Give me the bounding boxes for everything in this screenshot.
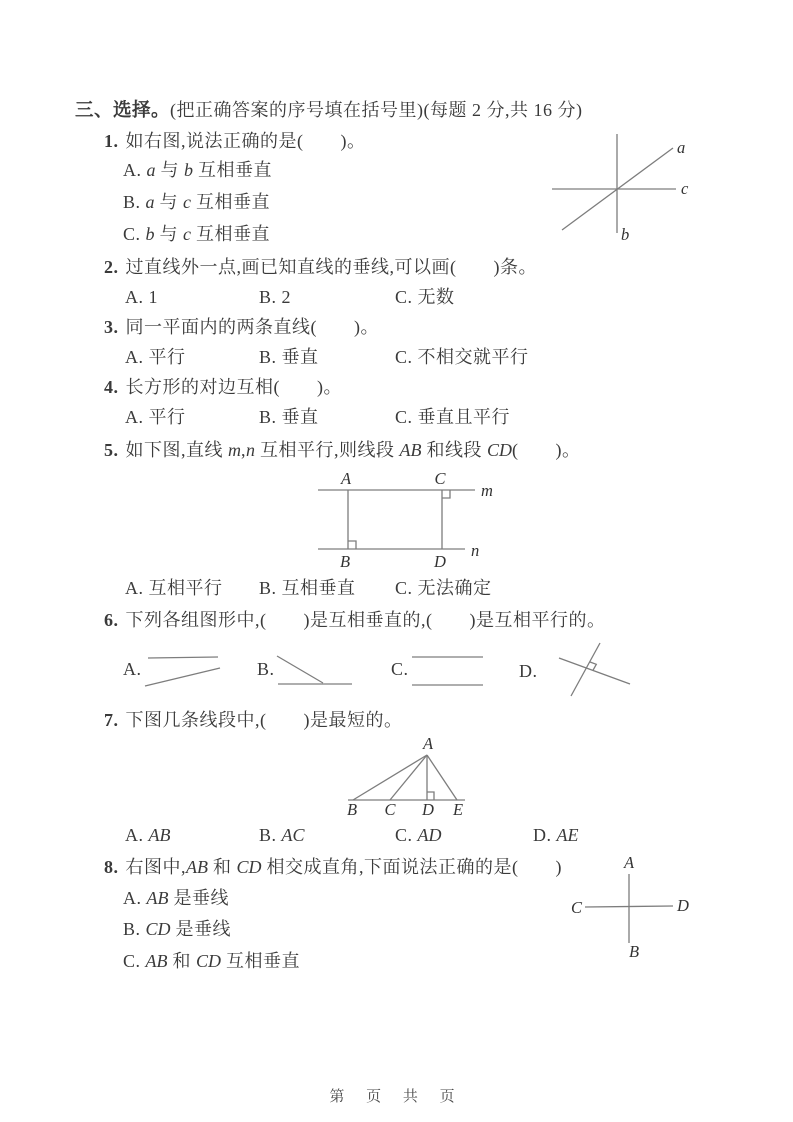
label-point-c: C [434,469,446,488]
label-point-a: A [422,734,434,753]
question-8-option-b: B. CD 是垂线 [123,919,231,940]
question-5-option-b: B. 互相垂直 [259,578,356,599]
question-8-option-c: C. AB 和 CD 互相垂直 [123,951,300,972]
question-1-number: 1. [104,131,119,151]
segment-ab [353,755,427,800]
question-5-number: 5. [104,440,119,460]
question-7-option-d: D. AE [533,825,579,846]
line-top [148,657,218,658]
section-subtitle: (把正确答案的序号填在括号里)(每题 2 分,共 16 分) [170,100,582,120]
figure-q6-option-a-lines [143,650,223,695]
right-angle-mark-c [442,490,450,498]
label-point-b: B [629,942,639,961]
question-2-option-c: C. 无数 [395,287,455,308]
figure-q1-three-lines: a c b [545,130,755,248]
question-8: 8.右图中,AB 和 CD 相交成直角,下面说法正确的是( ) [104,857,562,878]
label-point-b: B [347,800,357,819]
question-7-option-c: C. AD [395,825,442,846]
question-8-text: 右图中,AB 和 CD 相交成直角,下面说法正确的是( ) [126,857,563,877]
label-point-a: A [623,853,635,872]
figure-q6-option-c-parallel-lines [410,650,490,695]
question-6-label-a: A. [123,659,142,680]
right-angle-mark-b [348,541,356,549]
label-point-d: D [676,896,689,915]
question-3-number: 3. [104,317,119,337]
test-paper-page: 三、选择。(把正确答案的序号填在括号里)(每题 2 分,共 16 分) 1.如右… [0,0,793,1122]
question-1-option-b: B. a 与 c 互相垂直 [123,192,270,213]
question-4-option-a: A. 平行 [125,407,186,428]
label-point-d: D [433,552,446,571]
question-3-text: 同一平面内的两条直线( )。 [126,317,380,337]
question-5: 5.如下图,直线 m,n 互相平行,则线段 AB 和线段 CD( )。 [104,440,581,461]
label-line-a: a [677,138,685,157]
question-3: 3.同一平面内的两条直线( )。 [104,317,379,338]
label-point-c: C [571,898,583,917]
section-header: 三、选择。(把正确答案的序号填在括号里)(每题 2 分,共 16 分) [75,99,583,121]
label-line-b: b [621,225,629,244]
segment-ae [427,755,457,800]
question-6: 6.下列各组图形中,( )是互相垂直的,( )是互相平行的。 [104,610,605,631]
page-footer: 第 页 共 页 [0,1085,793,1106]
question-1-option-a: A. a 与 b 互相垂直 [123,160,272,181]
question-6-text: 下列各组图形中,( )是互相垂直的,( )是互相平行的。 [126,610,606,630]
question-4-number: 4. [104,377,119,397]
question-3-option-b: B. 垂直 [259,347,319,368]
question-2-option-b: B. 2 [259,287,291,308]
question-1: 1.如右图,说法正确的是( )。 [104,131,366,152]
question-5-text: 如下图,直线 m,n 互相平行,则线段 AB 和线段 CD( )。 [126,440,581,460]
figure-q6-option-d-perpendicular-lines [538,640,633,700]
label-point-d: D [421,800,434,819]
label-point-c: C [384,800,396,819]
question-6-label-b: B. [257,659,275,680]
question-2-text: 过直线外一点,画已知直线的垂线,可以画( )条。 [126,257,538,277]
section-title: 三、选择。 [75,99,170,120]
line-cd [585,906,673,907]
label-point-a: A [340,469,352,488]
question-7: 7.下图几条线段中,( )是最短的。 [104,710,403,731]
question-4-text: 长方形的对边互相( )。 [126,377,343,397]
right-angle-mark-d [427,792,434,800]
question-4: 4.长方形的对边互相( )。 [104,377,342,398]
question-1-text: 如右图,说法正确的是( )。 [126,131,366,151]
label-line-m: m [481,481,493,500]
figure-q6-option-b-lines [275,650,355,695]
question-3-option-c: C. 不相交就平行 [395,347,529,368]
label-point-b: B [340,552,350,571]
label-point-e: E [452,800,463,819]
question-5-option-a: A. 互相平行 [125,578,223,599]
figure-q7-segments-from-point: A B C D E [340,736,480,820]
question-8-option-a: A. AB 是垂线 [123,888,229,909]
figure-q5-parallel-lines: A C m B D n [295,468,495,576]
question-7-option-b: B. AC [259,825,305,846]
label-line-c: c [681,179,689,198]
question-6-label-c: C. [391,659,409,680]
question-2-number: 2. [104,257,119,277]
line-slanted [145,668,220,686]
question-7-option-a: A. AB [125,825,171,846]
question-8-number: 8. [104,857,119,877]
question-6-label-d: D. [519,661,538,682]
line-shallow [559,658,630,684]
question-2: 2.过直线外一点,画已知直线的垂线,可以画( )条。 [104,257,537,278]
line-steep [571,643,600,696]
segment-ac [390,755,427,800]
question-7-number: 7. [104,710,119,730]
question-4-option-c: C. 垂直且平行 [395,407,510,428]
question-6-number: 6. [104,610,119,630]
line-diagonal [277,656,323,683]
figure-q8-cross: A B C D [565,851,695,961]
label-line-n: n [471,541,479,560]
question-7-text: 下图几条线段中,( )是最短的。 [126,710,403,730]
question-5-option-c: C. 无法确定 [395,578,492,599]
question-3-option-a: A. 平行 [125,347,186,368]
question-1-option-c: C. b 与 c 互相垂直 [123,224,270,245]
question-2-option-a: A. 1 [125,287,158,308]
question-4-option-b: B. 垂直 [259,407,319,428]
